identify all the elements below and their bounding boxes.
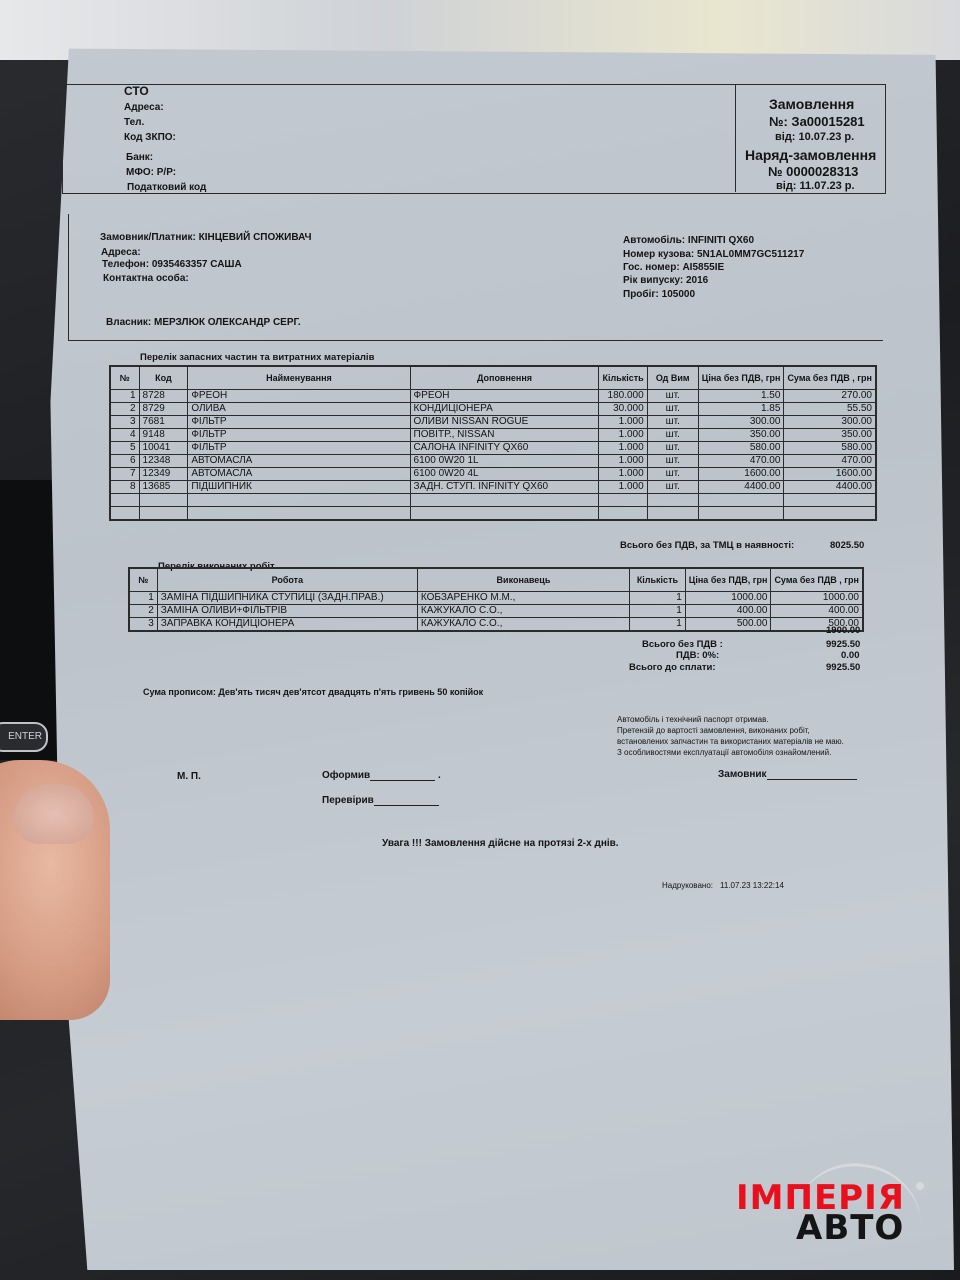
to-pay-value: 9925.50 xyxy=(826,662,860,673)
brand-logo: ІМПЕРІЯ АВТО xyxy=(736,1178,916,1248)
work-order-date: від: 11.07.23 р. xyxy=(776,180,855,192)
column-header: Од Вим xyxy=(647,366,698,390)
table-row: 813685ПІДШИПНИКЗАДН. СТУП. INFINITY QX60… xyxy=(110,481,876,494)
ack-line: Претензій до вартості замовлення, викона… xyxy=(617,726,810,735)
column-header: Сума без ПДВ , грн xyxy=(784,366,876,390)
table-cell: шт. xyxy=(647,429,698,442)
vehicle-vin: Номер кузова: 5N1AL0MM7GC511217 xyxy=(623,249,804,260)
printed-timestamp: 11.07.23 13:22:14 xyxy=(720,881,784,890)
customer-phone: Телефон: 0935463357 САША xyxy=(102,259,242,270)
mfo-label: МФО: Р/Р: xyxy=(126,167,176,178)
ack-line: З особливостями експлуатації автомобіля … xyxy=(617,748,831,757)
order-date: від: 10.07.23 р. xyxy=(775,131,854,143)
table-cell xyxy=(647,507,698,521)
table-cell: ЗАДН. СТУП. INFINITY QX60 xyxy=(410,481,599,494)
column-header: № xyxy=(110,366,139,390)
table-cell xyxy=(188,507,410,521)
table-cell: ЗАМІНА ПІДШИПНИКА СТУПИЦІ (ЗАДН.ПРАВ.) xyxy=(157,592,417,605)
table-cell: ФРЕОН xyxy=(188,390,410,403)
table-cell: 300.00 xyxy=(784,416,876,429)
table-cell xyxy=(110,507,139,521)
table-cell: 1000.00 xyxy=(771,592,863,605)
table-cell: ОЛИВА xyxy=(188,403,410,416)
issued-by-signature-line xyxy=(370,771,435,781)
table-cell: 9148 xyxy=(139,429,188,442)
table-cell: шт. xyxy=(647,416,698,429)
table-cell: 1 xyxy=(630,592,686,605)
table-row xyxy=(110,507,876,521)
table-cell: шт. xyxy=(647,403,698,416)
table-cell: ФІЛЬТР xyxy=(188,442,410,455)
company-name: СТО xyxy=(124,84,149,98)
printed-label: Надруковано: xyxy=(662,881,713,890)
order-title: Замовлення xyxy=(769,96,854,112)
table-cell: 4400.00 xyxy=(784,481,876,494)
table-cell: 8 xyxy=(110,481,139,494)
checked-by-label: Перевірив xyxy=(322,795,374,806)
column-header: Сума без ПДВ , грн xyxy=(771,568,863,592)
works-subtotal: 1900.00 xyxy=(826,625,860,636)
phone-label: Тел. xyxy=(124,117,144,128)
customer-signature: Замовник xyxy=(718,769,857,780)
table-cell xyxy=(410,507,599,521)
work-order-document: СТО Адреса: Тел. Код ЗКПО: Банк: МФО: Р/… xyxy=(0,0,960,1280)
table-row: 612348АВТОМАСЛА6100 0W20 1L1.000шт.470.0… xyxy=(110,455,876,468)
contact-person: Контактна особа: xyxy=(103,273,189,284)
table-cell: 580.00 xyxy=(784,442,876,455)
table-cell xyxy=(784,507,876,521)
table-cell: 1.000 xyxy=(599,429,647,442)
table-cell: ЗАПРАВКА КОНДИЦІОНЕРА xyxy=(157,618,417,632)
table-cell: шт. xyxy=(647,455,698,468)
checked-by-signature-line xyxy=(374,796,439,806)
work-order-title: Наряд-замовлення xyxy=(745,147,876,163)
table-cell: 12348 xyxy=(139,455,188,468)
parts-total-label: Всього без ПДВ, за ТМЦ в наявності: xyxy=(620,540,794,551)
payer: Замовник/Платник: КІНЦЕВИЙ СПОЖИВАЧ xyxy=(100,232,312,243)
table-cell xyxy=(410,494,599,507)
table-cell: 270.00 xyxy=(784,390,876,403)
parts-total-value: 8025.50 xyxy=(830,540,864,551)
background-thumbnail xyxy=(14,784,94,844)
tax-code-label: Податковий код xyxy=(127,182,206,193)
issued-by: Оформив . xyxy=(322,770,441,781)
table-cell: шт. xyxy=(647,442,698,455)
table-cell: 2 xyxy=(129,605,157,618)
table-cell: ПОВІТР., NISSAN xyxy=(410,429,599,442)
table-cell: 1000.00 xyxy=(685,592,771,605)
table-cell: ПІДШИПНИК xyxy=(188,481,410,494)
table-cell: 1.50 xyxy=(698,390,784,403)
table-cell: 180.000 xyxy=(599,390,647,403)
table-cell: 1.000 xyxy=(599,442,647,455)
table-row: 37681ФІЛЬТРОЛИВИ NISSAN ROGUE1.000шт.300… xyxy=(110,416,876,429)
table-cell: 470.00 xyxy=(784,455,876,468)
table-cell: 400.00 xyxy=(771,605,863,618)
logo-dot-icon xyxy=(916,1182,924,1190)
order-number: №: За00015281 xyxy=(769,114,865,129)
column-header: № xyxy=(129,568,157,592)
table-cell xyxy=(599,494,647,507)
table-cell xyxy=(698,507,784,521)
table-row: 510041ФІЛЬТРСАЛОНА INFINITY QX601.000шт.… xyxy=(110,442,876,455)
parts-title: Перелік запасних частин та витратних мат… xyxy=(140,352,374,363)
table-cell: ФІЛЬТР xyxy=(188,416,410,429)
column-header: Виконавець xyxy=(417,568,629,592)
amount-in-words: Сума прописом: Дев'ять тисяч дев'ятсот д… xyxy=(143,687,483,697)
table-cell: КОНДИЦІОНЕРА xyxy=(410,403,599,416)
table-cell xyxy=(188,494,410,507)
table-cell: 1600.00 xyxy=(784,468,876,481)
table-cell: 4 xyxy=(110,429,139,442)
customer-signature-label: Замовник xyxy=(718,769,767,780)
table-cell: 1.000 xyxy=(599,481,647,494)
table-cell: 2 xyxy=(110,403,139,416)
table-row: 28729ОЛИВАКОНДИЦІОНЕРА30.000шт.1.8555.50 xyxy=(110,403,876,416)
table-cell: 1 xyxy=(630,618,686,632)
table-cell: 8729 xyxy=(139,403,188,416)
table-cell: КАЖУКАЛО С.О., xyxy=(417,618,629,632)
table-cell: 470.00 xyxy=(698,455,784,468)
address-label: Адреса: xyxy=(124,102,164,113)
table-cell: 6100 0W20 4L xyxy=(410,468,599,481)
ack-line: Автомобіль і технічний паспорт отримав. xyxy=(617,715,769,724)
table-cell: АВТОМАСЛА xyxy=(188,455,410,468)
table-cell: шт. xyxy=(647,481,698,494)
table-cell: 350.00 xyxy=(784,429,876,442)
table-row: 18728ФРЕОНФРЕОН180.000шт.1.50270.00 xyxy=(110,390,876,403)
column-header: Кількість xyxy=(630,568,686,592)
table-cell: 7681 xyxy=(139,416,188,429)
table-row: 49148ФІЛЬТРПОВІТР., NISSAN1.000шт.350.00… xyxy=(110,429,876,442)
table-row xyxy=(110,494,876,507)
table-cell: 6100 0W20 1L xyxy=(410,455,599,468)
table-cell xyxy=(647,494,698,507)
table-cell: 13685 xyxy=(139,481,188,494)
parts-table: №КодНайменуванняДоповненняКількістьОд Ви… xyxy=(109,365,877,521)
table-cell: 1.000 xyxy=(599,416,647,429)
total-no-vat-label: Всього без ПДВ : xyxy=(642,639,723,650)
table-cell: 55.50 xyxy=(784,403,876,416)
owner: Власник: МЕРЗЛЮК ОЛЕКСАНДР СЕРГ. xyxy=(106,317,301,328)
column-header: Ціна без ПДВ, грн xyxy=(698,366,784,390)
table-cell xyxy=(110,494,139,507)
header-right-divider xyxy=(735,84,736,192)
table-cell: 1 xyxy=(129,592,157,605)
table-cell: 8728 xyxy=(139,390,188,403)
table-cell: 5 xyxy=(110,442,139,455)
checked-by: Перевірив xyxy=(322,795,439,806)
vehicle-plate: Гос. номер: AI5855IE xyxy=(623,262,724,273)
table-row: 1ЗАМІНА ПІДШИПНИКА СТУПИЦІ (ЗАДН.ПРАВ.)К… xyxy=(129,592,863,605)
table-cell: 400.00 xyxy=(685,605,771,618)
table-cell: 350.00 xyxy=(698,429,784,442)
table-cell: 1 xyxy=(110,390,139,403)
column-header: Кількість xyxy=(599,366,647,390)
table-cell: 3 xyxy=(129,618,157,632)
header-box xyxy=(62,84,886,194)
table-cell: шт. xyxy=(647,390,698,403)
table-cell xyxy=(599,507,647,521)
ack-line: встановлених запчастин та використаних м… xyxy=(617,737,844,746)
table-cell: САЛОНА INFINITY QX60 xyxy=(410,442,599,455)
vehicle-year: Рік випуску: 2016 xyxy=(623,275,708,286)
table-cell: шт. xyxy=(647,468,698,481)
column-header: Робота xyxy=(157,568,417,592)
table-row: 2ЗАМІНА ОЛИВИ+ФІЛЬТРІВКАЖУКАЛО С.О.,1400… xyxy=(129,605,863,618)
table-cell: АВТОМАСЛА xyxy=(188,468,410,481)
table-cell: 4400.00 xyxy=(698,481,784,494)
table-cell: КАЖУКАЛО С.О., xyxy=(417,605,629,618)
vat-value: 0.00 xyxy=(841,650,860,661)
table-cell: 1.000 xyxy=(599,468,647,481)
table-cell: 30.000 xyxy=(599,403,647,416)
work-order-number: № 0000028313 xyxy=(768,164,858,179)
validity-warning: Увага !!! Замовлення дійсне на протязі 2… xyxy=(382,838,619,849)
table-cell: 3 xyxy=(110,416,139,429)
works-table: №РоботаВиконавецьКількістьЦіна без ПДВ, … xyxy=(128,567,864,632)
table-cell: ФРЕОН xyxy=(410,390,599,403)
table-cell: 1.000 xyxy=(599,455,647,468)
bank-label: Банк: xyxy=(126,152,153,163)
table-cell xyxy=(139,494,188,507)
table-cell: 10041 xyxy=(139,442,188,455)
table-cell xyxy=(139,507,188,521)
column-header: Ціна без ПДВ, грн xyxy=(685,568,771,592)
table-cell: 500.00 xyxy=(685,618,771,632)
table-cell: КОБЗАРЕНКО М.М., xyxy=(417,592,629,605)
table-cell: 300.00 xyxy=(698,416,784,429)
vehicle-mileage: Пробіг: 105000 xyxy=(623,289,695,300)
table-cell: 1.85 xyxy=(698,403,784,416)
stamp-label: М. П. xyxy=(177,771,201,782)
table-cell: ЗАМІНА ОЛИВИ+ФІЛЬТРІВ xyxy=(157,605,417,618)
total-no-vat-value: 9925.50 xyxy=(826,639,860,650)
table-cell: 6 xyxy=(110,455,139,468)
vat-label: ПДВ: 0%: xyxy=(676,650,719,661)
table-row: 712349АВТОМАСЛА6100 0W20 4L1.000шт.1600.… xyxy=(110,468,876,481)
code-label: Код ЗКПО: xyxy=(124,132,176,143)
table-cell: 580.00 xyxy=(698,442,784,455)
table-cell: 1600.00 xyxy=(698,468,784,481)
customer-address: Адреса: xyxy=(101,247,141,258)
table-cell xyxy=(784,494,876,507)
column-header: Найменування xyxy=(188,366,410,390)
table-row: 3ЗАПРАВКА КОНДИЦІОНЕРАКАЖУКАЛО С.О.,1500… xyxy=(129,618,863,632)
table-cell: 12349 xyxy=(139,468,188,481)
table-cell xyxy=(698,494,784,507)
logo-line2: АВТО xyxy=(796,1208,904,1248)
column-header: Код xyxy=(139,366,188,390)
table-cell: 7 xyxy=(110,468,139,481)
vehicle-model: Автомобіль: INFINITI QX60 xyxy=(623,235,754,246)
table-cell: ФІЛЬТР xyxy=(188,429,410,442)
issued-by-label: Оформив xyxy=(322,770,370,781)
customer-signature-line xyxy=(767,770,857,780)
column-header: Доповнення xyxy=(410,366,599,390)
table-cell: ОЛИВИ NISSAN ROGUE xyxy=(410,416,599,429)
table-cell: 1 xyxy=(630,605,686,618)
to-pay-label: Всього до сплати: xyxy=(629,662,716,673)
